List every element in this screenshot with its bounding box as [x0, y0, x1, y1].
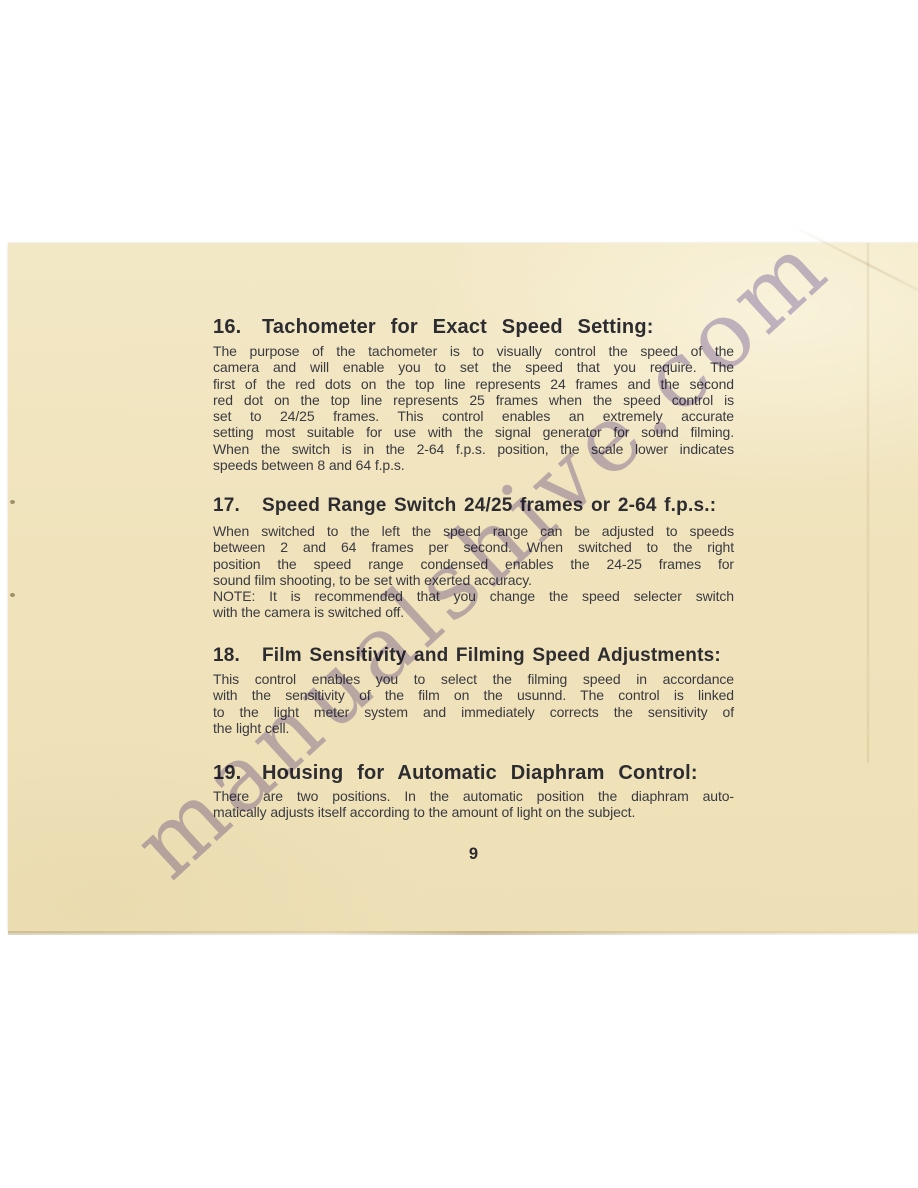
- left-edge-speck: [10, 500, 15, 504]
- section-16-body: The purpose of the tachometer is to visu…: [213, 343, 734, 473]
- section-18-title: Film Sensitivity and Filming Speed Adjus…: [262, 645, 721, 667]
- section-16-title: Tachometer for Exact Speed Setting:: [262, 316, 654, 339]
- corner-crease: [791, 225, 918, 304]
- scanned-manual-page: 16. Tachometer for Exact Speed Setting: …: [0, 0, 918, 1188]
- section-17-heading: 17. Speed Range Switch 24/25 frames or 2…: [213, 495, 716, 517]
- section-17-title: Speed Range Switch 24/25 frames or 2-64 …: [262, 495, 716, 517]
- section-18-number: 18.: [213, 645, 262, 667]
- section-17-number: 17.: [213, 495, 262, 517]
- section-16-heading: 16. Tachometer for Exact Speed Setting:: [213, 316, 654, 339]
- section-18-body: This control enables you to select the f…: [213, 671, 734, 736]
- section-16-number: 16.: [213, 316, 262, 339]
- vertical-paper-crease: [866, 243, 870, 763]
- section-18-heading: 18. Film Sensitivity and Filming Speed A…: [213, 645, 721, 667]
- section-19-title: Housing for Automatic Diaphram Control:: [262, 762, 698, 785]
- left-edge-speck: [10, 593, 15, 597]
- section-17-note: NOTE: It is recommended that you change …: [213, 588, 734, 621]
- section-19-number: 19.: [213, 762, 262, 785]
- page-number: 9: [213, 845, 734, 864]
- section-19-heading: 19. Housing for Automatic Diaphram Contr…: [213, 762, 698, 785]
- section-17-body: When switched to the left the speed rang…: [213, 523, 734, 588]
- section-19-body: There are two positions. In the automati…: [213, 788, 734, 821]
